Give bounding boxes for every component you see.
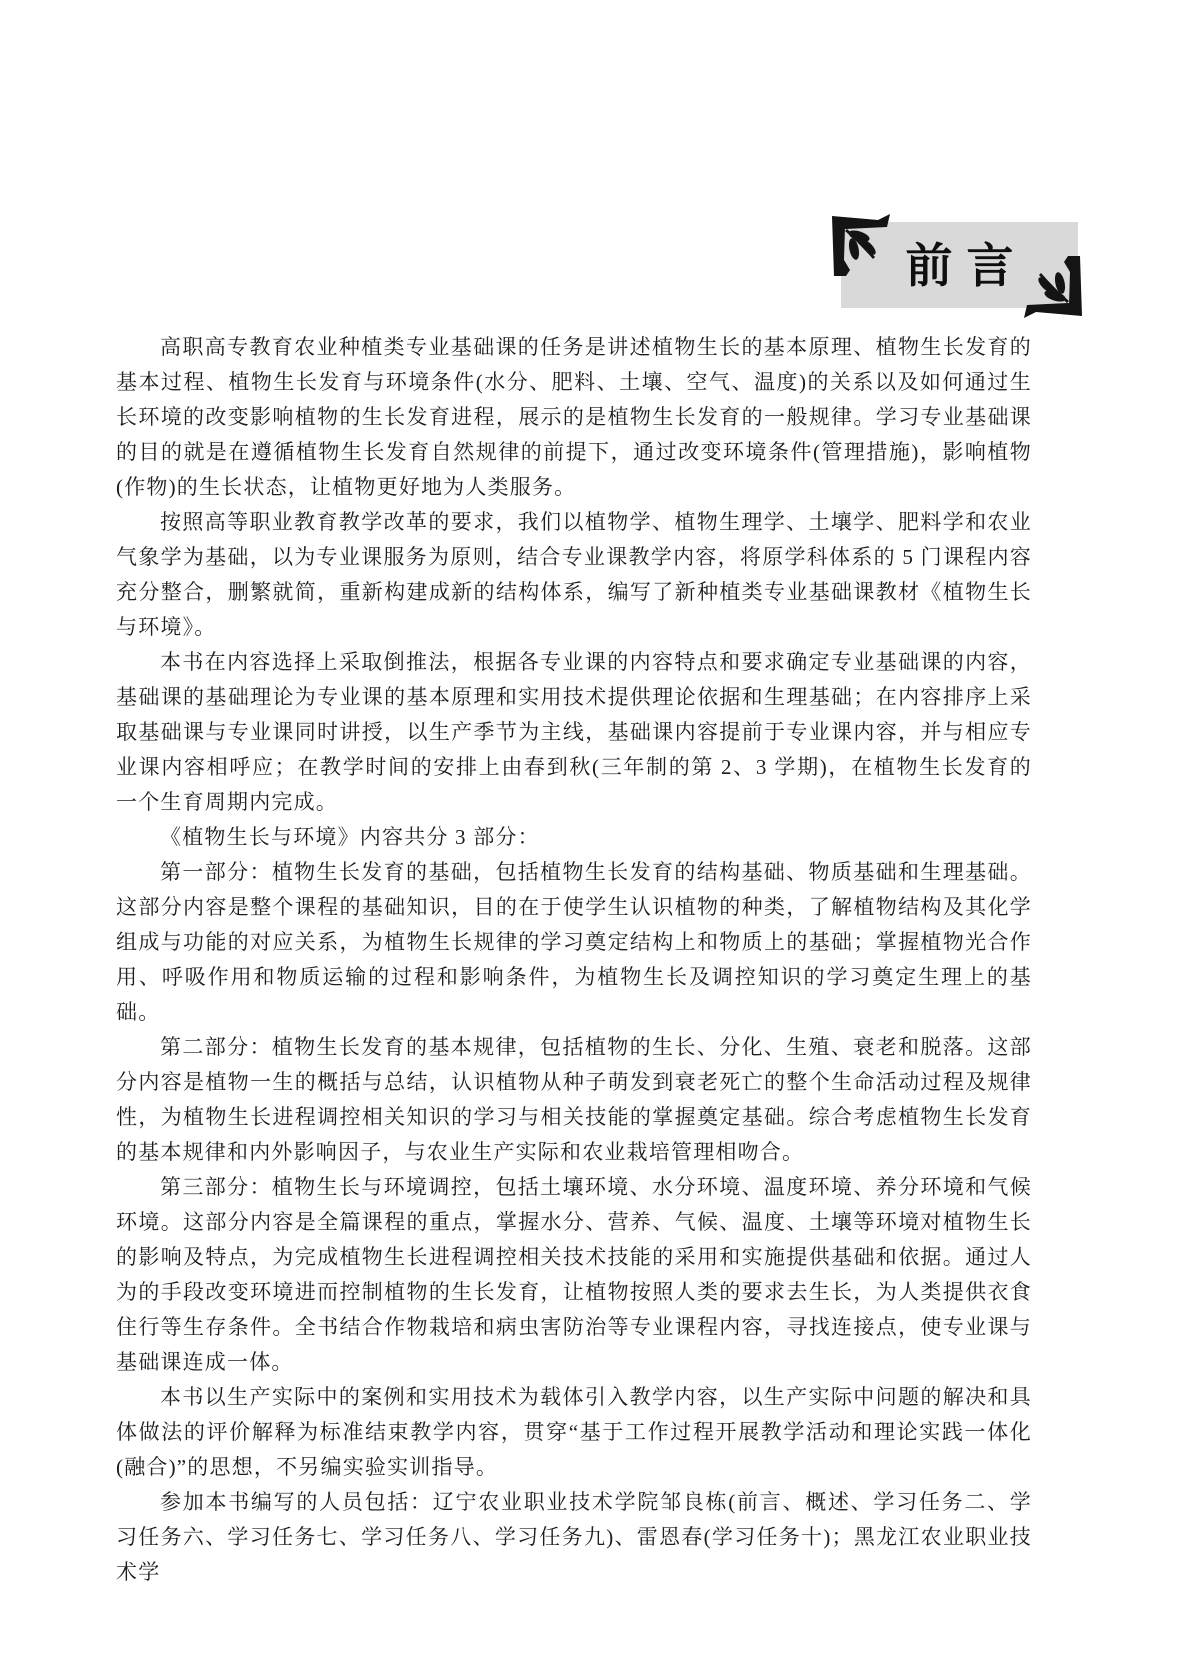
paragraph-contributors: 参加本书编写的人员包括：辽宁农业职业技术学院邹良栋(前言、概述、学习任务二、学习…	[116, 1485, 1032, 1590]
preface-page: 前言 高职高专教育农业种植类专业基础课的任务是讲述植物生长的基本原理、植物生长发…	[0, 0, 1203, 1675]
paragraph-part-three: 第三部分：植物生长与环境调控，包括土壤环境、水分环境、温度环境、养分环境和气候环…	[116, 1170, 1032, 1380]
paragraph-reform-basis: 按照高等职业教育教学改革的要求，我们以植物学、植物生理学、土壤学、肥料学和农业气…	[116, 505, 1032, 645]
paragraph-content-selection: 本书在内容选择上采取倒推法，根据各专业课的内容特点和要求确定专业基础课的内容，基…	[116, 645, 1032, 820]
corner-flourish-bottom-right-icon	[1018, 254, 1082, 318]
paragraph-part-two: 第二部分：植物生长发育的基本规律，包括植物的生长、分化、生殖、衰老和脱落。这部分…	[116, 1030, 1032, 1170]
paragraph-intro-task: 高职高专教育农业种植类专业基础课的任务是讲述植物生长的基本原理、植物生长发育的基…	[116, 330, 1032, 505]
preface-header-box: 前言	[841, 222, 1078, 308]
paragraph-teaching-method: 本书以生产实际中的案例和实用技术为载体引入教学内容，以生产实际中问题的解决和具体…	[116, 1380, 1032, 1485]
paragraph-three-parts-lead: 《植物生长与环境》内容共分 3 部分：	[116, 820, 1032, 855]
paragraph-part-one: 第一部分：植物生长发育的基础，包括植物生长发育的结构基础、物质基础和生理基础。这…	[116, 855, 1032, 1030]
preface-body: 高职高专教育农业种植类专业基础课的任务是讲述植物生长的基本原理、植物生长发育的基…	[116, 330, 1032, 1590]
